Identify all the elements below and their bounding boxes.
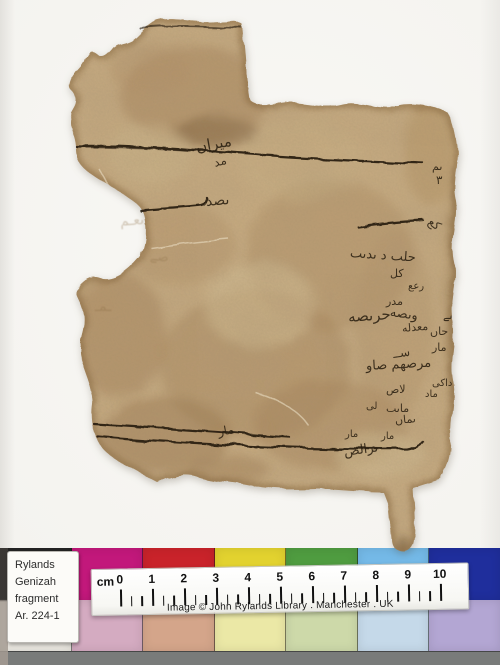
fragment-stains [60, 19, 465, 554]
label-line: Ar. 224-1 [15, 608, 78, 625]
ruler-number: 2 [180, 571, 187, 585]
ruler-number: 5 [276, 570, 283, 584]
ruler-number: 6 [308, 569, 315, 583]
ruler-number: 9 [404, 567, 411, 581]
ruler-number: 8 [372, 568, 379, 582]
ruler-number: 0 [116, 572, 123, 586]
ruler-number: 7 [340, 569, 347, 583]
ruler-number: 4 [244, 570, 251, 584]
ruler: cm 012345678910 Image © John Rylands Lib… [91, 562, 470, 616]
photo-stage: ميراںمدىم٣ىصدكعحلٮ د ىدىٮكلرععمدروىصهحرى… [0, 0, 500, 665]
label-line: Rylands [15, 557, 78, 574]
ruler-number: 3 [212, 571, 219, 585]
ruler-number: 1 [148, 572, 155, 586]
label-line: fragment [15, 591, 78, 608]
label-line: Genizah [15, 574, 78, 591]
ruler-number: 10 [433, 567, 447, 581]
label-card: Rylands Genizah fragment Ar. 224-1 [7, 551, 79, 643]
